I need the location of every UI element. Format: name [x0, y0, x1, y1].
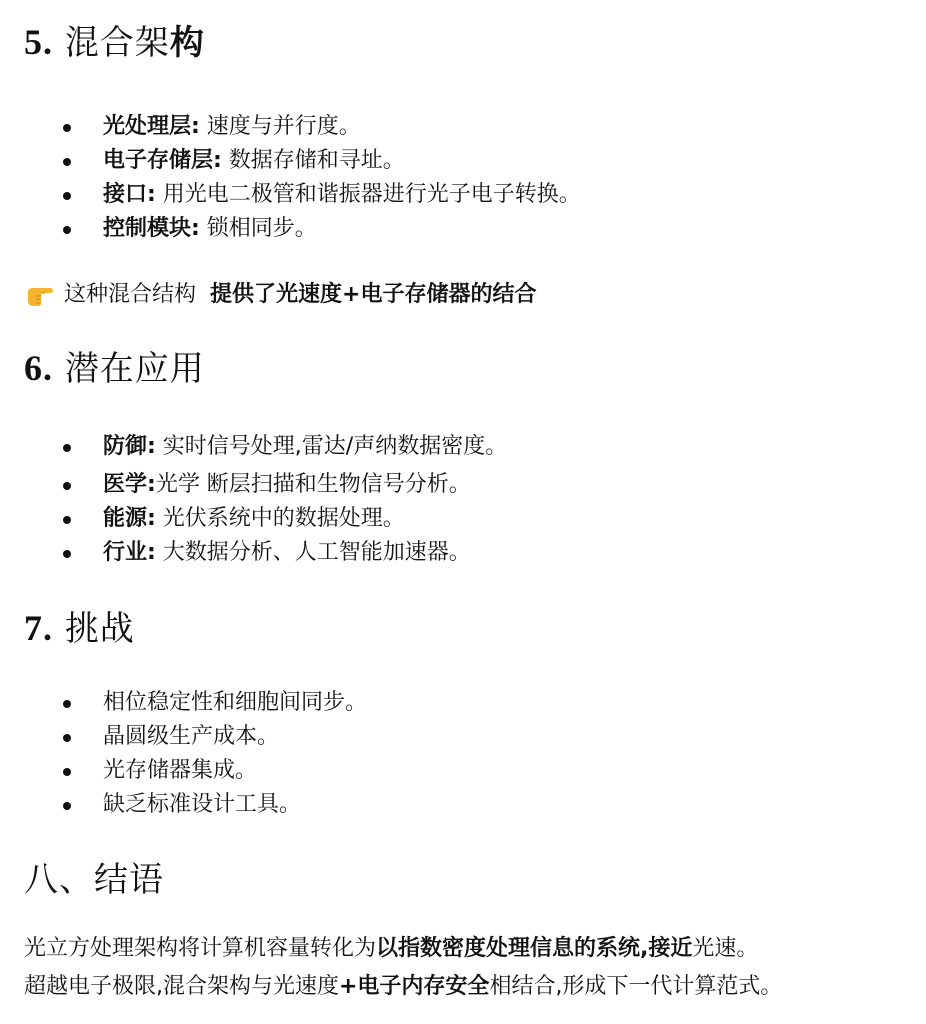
section-number: 6. — [24, 348, 53, 388]
para-text-bold: 以指数密度处理信息的系统,接近 — [376, 936, 692, 961]
item-label: 医学: — [103, 472, 156, 497]
para-text: 相结合,形成下一代计算范式。 — [489, 974, 782, 999]
section-5-heading: 5. 混合架构 — [24, 22, 205, 63]
bullet-icon — [63, 226, 71, 234]
item-label: 行业: — [103, 540, 156, 565]
bullet-icon — [63, 482, 71, 490]
list-item: 缺乏标准设计工具。 — [0, 788, 367, 822]
para-text-bold: +电子内存安全 — [339, 974, 489, 999]
section-title: 挑战 — [65, 609, 135, 649]
bullet-icon — [63, 444, 71, 452]
list-item: 相位稳定性和细胞间同步。 — [0, 686, 367, 720]
section-title: 混合架 — [65, 23, 170, 63]
item-text: 晶圆级生产成本。 — [103, 724, 279, 749]
section-title: 八、结语 — [24, 860, 164, 900]
bullet-icon — [63, 802, 71, 810]
item-text: 实时信号处理,雷达/声纳数据密度。 — [156, 434, 507, 459]
section-number: 7. — [24, 608, 53, 648]
bullet-icon — [63, 192, 71, 200]
list-item: 控制模块: 锁相同步。 — [0, 212, 581, 246]
bullet-icon — [63, 124, 71, 132]
bullet-icon — [63, 734, 71, 742]
list-item: 医学:光学 断层扫描和生物信号分析。 — [0, 468, 507, 502]
bullet-icon — [63, 700, 71, 708]
item-label: 控制模块: — [103, 216, 200, 241]
conclusion-heading: 八、结语 — [24, 860, 164, 900]
bullet-icon — [63, 768, 71, 776]
conclusion-paragraph: 光立方处理架构将计算机容量转化为以指数密度处理信息的系统,接近光速。 超越电子极… — [24, 930, 782, 1006]
item-text: 速度与并行度。 — [200, 114, 361, 139]
item-label: 电子存储层: — [103, 148, 222, 173]
item-text: 光存储器集成。 — [103, 758, 257, 783]
item-text: 相位稳定性和细胞间同步。 — [103, 690, 367, 715]
section-6-heading: 6. 潜在应用 — [24, 348, 205, 389]
bullet-icon — [63, 158, 71, 166]
note-text: 这种混合结构 — [64, 278, 196, 312]
section-title-bold: 构 — [170, 23, 205, 63]
bullet-icon — [63, 550, 71, 558]
para-text: 超越电子极限,混合架构与光速度 — [24, 974, 339, 999]
list-item: 接口: 用光电二极管和谐振器进行光子电子转换。 — [0, 178, 581, 212]
list-item: 晶圆级生产成本。 — [0, 720, 367, 754]
section-6-list: 防御: 实时信号处理,雷达/声纳数据密度。 医学:光学 断层扫描和生物信号分析。… — [0, 430, 507, 570]
pointing-right-hand-icon — [24, 282, 54, 308]
item-label: 接口: — [103, 182, 156, 207]
note-text-bold: 提供了光速度+电子存储器的结合 — [210, 278, 536, 312]
item-label: 防御: — [103, 434, 156, 459]
section-7-list: 相位稳定性和细胞间同步。 晶圆级生产成本。 光存储器集成。 缺乏标准设计工具。 — [0, 686, 367, 822]
section-title: 潜在应用 — [65, 349, 205, 389]
list-item: 行业: 大数据分析、人工智能加速器。 — [0, 536, 507, 570]
callout-note: 这种混合结构 提供了光速度+电子存储器的结合 — [24, 278, 536, 312]
item-text: 大数据分析、人工智能加速器。 — [156, 540, 471, 565]
list-item: 防御: 实时信号处理,雷达/声纳数据密度。 — [0, 430, 507, 468]
section-5-list: 光处理层: 速度与并行度。 电子存储层: 数据存储和寻址。 接口: 用光电二极管… — [0, 110, 581, 246]
section-number: 5. — [24, 22, 53, 62]
item-text: 数据存储和寻址。 — [222, 148, 405, 173]
section-7-heading: 7. 挑战 — [24, 608, 135, 649]
para-text: 光速。 — [692, 936, 758, 961]
item-text: 光学 断层扫描和生物信号分析。 — [156, 472, 471, 497]
list-item: 电子存储层: 数据存储和寻址。 — [0, 144, 581, 178]
item-text: 用光电二极管和谐振器进行光子电子转换。 — [156, 182, 581, 207]
bullet-icon — [63, 516, 71, 524]
para-text: 光立方处理架构将计算机容量转化为 — [24, 936, 376, 961]
list-item: 光存储器集成。 — [0, 754, 367, 788]
item-label: 光处理层: — [103, 114, 200, 139]
item-text: 锁相同步。 — [200, 216, 317, 241]
item-text: 缺乏标准设计工具。 — [103, 792, 301, 817]
list-item: 光处理层: 速度与并行度。 — [0, 110, 581, 144]
list-item: 能源: 光伏系统中的数据处理。 — [0, 502, 507, 536]
item-label: 能源: — [103, 506, 156, 531]
item-text: 光伏系统中的数据处理。 — [156, 506, 405, 531]
